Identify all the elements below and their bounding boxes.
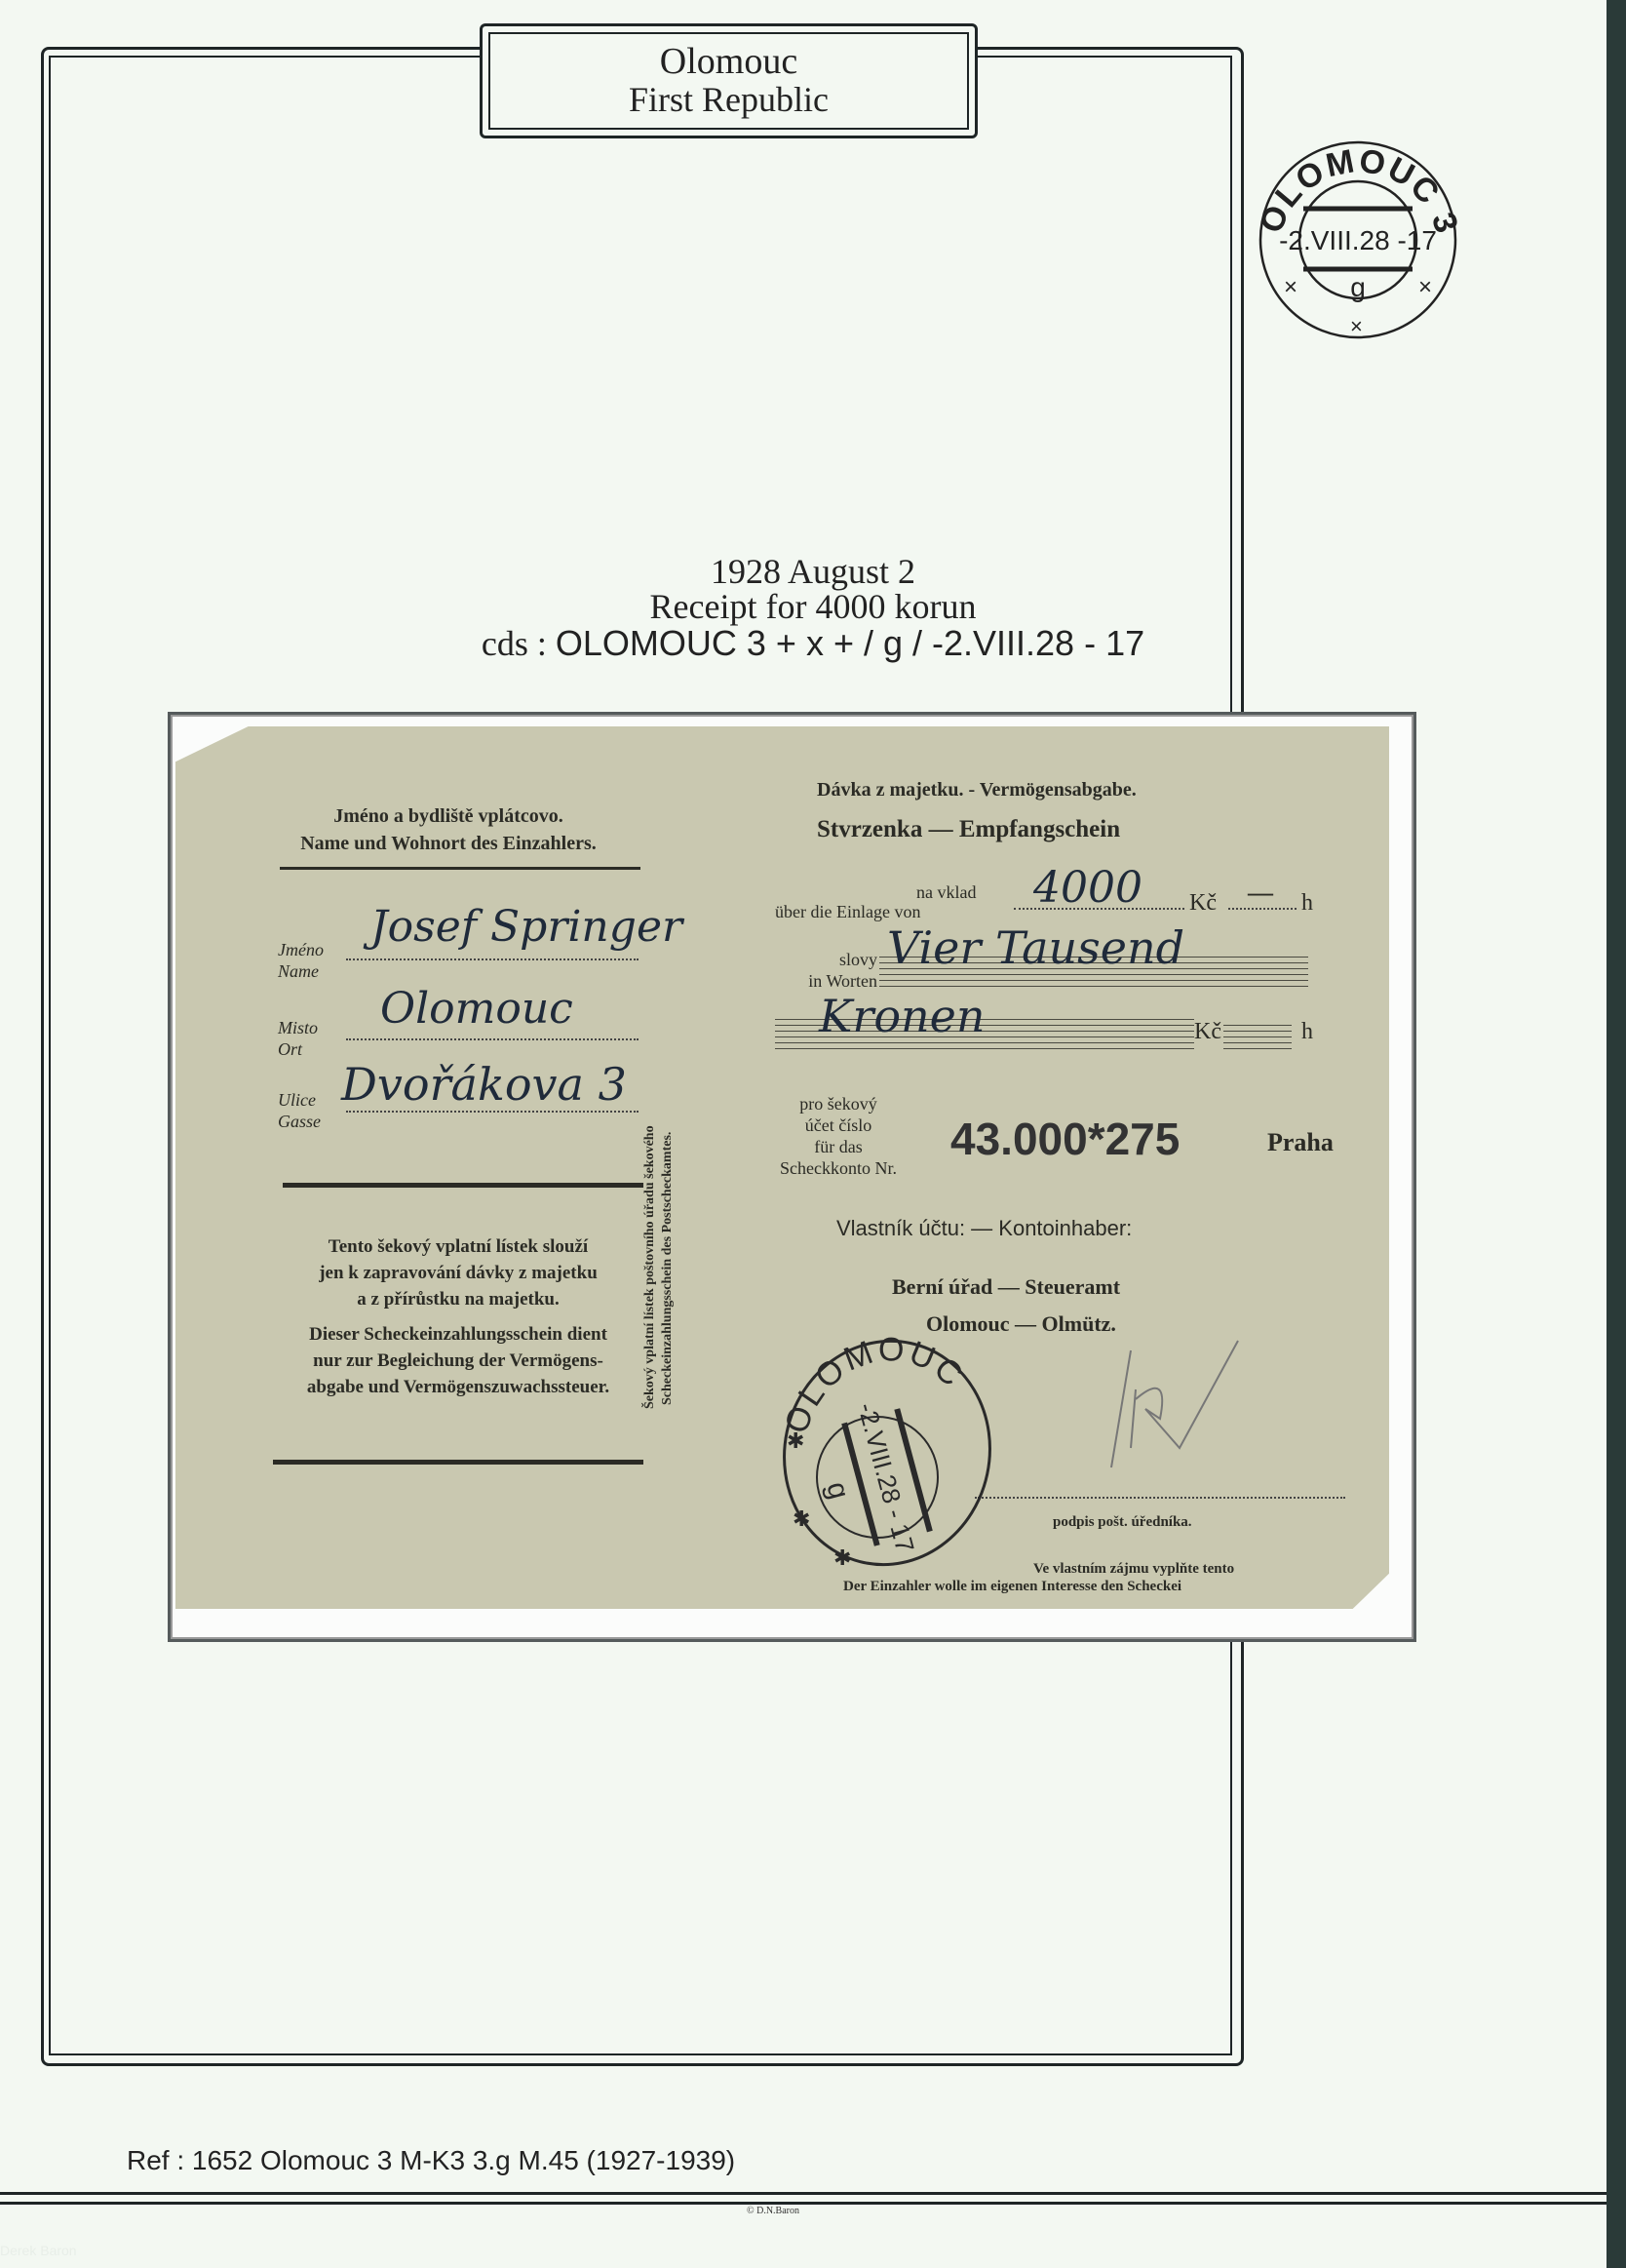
amount-value: 4000 [1033,863,1142,913]
notice-cz: Tento šekový vplatní lístek slouží jen k… [263,1233,653,1312]
right-heading-receipt: Stvrzenka — Empfangschein [817,816,1120,843]
signature-label: podpis pošt. úředníka. [1053,1514,1192,1531]
watermark-text: Derek Baron [0,2243,77,2258]
stamp-cross-right-icon: × [1418,274,1432,300]
field-name-label: JménoName [278,939,324,982]
stamp-code: g [1350,272,1366,302]
notice-de: Dieser Scheckeinzahlungsschein dient nur… [263,1321,653,1400]
field-name-line [346,958,639,960]
payer-heading-cz: Jméno a bydliště vplátcovo. [175,802,721,830]
vertical-form-label: Šekový vplatní lístek poštovního úřadu š… [641,882,677,1409]
currency-label: Kč [1189,890,1217,917]
payer-heading-de: Name und Wohnort des Einzahlers. [175,830,721,857]
footer-de: Der Einzahler wolle im eigenen Interesse… [843,1579,1181,1595]
page-title: Olomouc [490,42,967,81]
postmark-stamp: OLOMOUC 3 -2.VIII.28 -17 g × × × [1251,125,1465,339]
haler-label: h [1301,890,1313,917]
vertical-text-de: Scheckeinzahlungsschein des Postscheckam… [659,882,677,1409]
caption-description: Receipt for 4000 korun [0,589,1626,624]
payer-heading: Jméno a bydliště vplátcovo. Name und Woh… [175,802,721,857]
field-street-line [346,1111,639,1113]
stamp-cross-bottom-icon: × [1350,314,1363,338]
field-place-line [346,1038,639,1040]
doc-stamp-date: -2.VIII.28 - 17 [852,1399,920,1555]
caption-date: 1928 August 2 [0,554,1626,589]
caption-cds-prefix: cds : [482,624,547,663]
stamp-cross-left-icon: × [1284,274,1297,300]
receipt-document: Jméno a bydliště vplátcovo. Name und Woh… [175,726,1389,1609]
stamp-star-icon: ✱ [833,1545,851,1570]
signature-line [975,1497,1345,1499]
title-box: Olomouc First Republic [480,23,978,138]
deposit-label-cz: na vklad [916,882,976,903]
field-street-label: UliceGasse [278,1089,321,1132]
account-label: pro šekový účet číslo für das Scheckkont… [741,1093,936,1179]
haler-lines [1223,1025,1292,1050]
haler-line [1228,908,1297,910]
footer-rule [0,2202,1607,2205]
page-subtitle: First Republic [490,81,967,118]
account-number: 43.000*275 [950,1113,1180,1165]
words-value-2: Kronen [819,990,986,1042]
item-caption: 1928 August 2 Receipt for 4000 korun cds… [0,554,1626,663]
words-value-1: Vier Tausend [887,921,1184,974]
owner-label: Vlastník účtu: — Kontoinhaber: [836,1216,1132,1241]
document-postmark: OLOMOUC -2.VIII.28 - 17 g ✱ ✱ ✱ [765,1331,1009,1575]
deposit-label-de: über die Einlage von [775,902,920,922]
stamp-date: -2.VIII.28 -17 [1279,225,1437,255]
doc-stamp-code: g [820,1478,855,1503]
footer-cz: Ve vlastním zájmu vyplňte tento [1033,1561,1234,1578]
field-name-value: Josef Springer [370,902,682,952]
right-heading-tax: Dávka z majetku. - Vermögensabgabe. [817,779,1137,802]
divider [280,867,640,870]
stamp-star-icon: ✱ [793,1506,810,1531]
vertical-text-cz: Šekový vplatní lístek poštovního úřadu š… [641,882,659,1409]
field-place-label: MistoOrt [278,1017,318,1060]
currency-label-2: Kč [1194,1019,1221,1045]
haler-value: — [1248,879,1273,908]
pencil-initials [1092,1331,1248,1477]
caption-cds-value: OLOMOUC 3 + x + / g / -2.VIII.28 - 17 [556,623,1144,663]
words-label: slovyin Worten [780,949,877,992]
haler-label-2: h [1301,1019,1313,1045]
owner-line-1: Berní úřad — Steueramt [892,1274,1120,1300]
scan-edge-strip [1607,0,1626,2268]
footer-rule [0,2192,1607,2195]
divider [273,1460,643,1465]
field-place-value: Olomouc [380,984,573,1034]
reference-text: Ref : 1652 Olomouc 3 M-K3 3.g M.45 (1927… [127,2145,735,2176]
copyright-text: © D.N.Baron [747,2206,799,2216]
account-city: Praha [1267,1128,1334,1157]
divider [283,1183,643,1188]
field-street-value: Dvořákova 3 [341,1058,627,1111]
stamp-star-icon: ✱ [787,1428,804,1453]
